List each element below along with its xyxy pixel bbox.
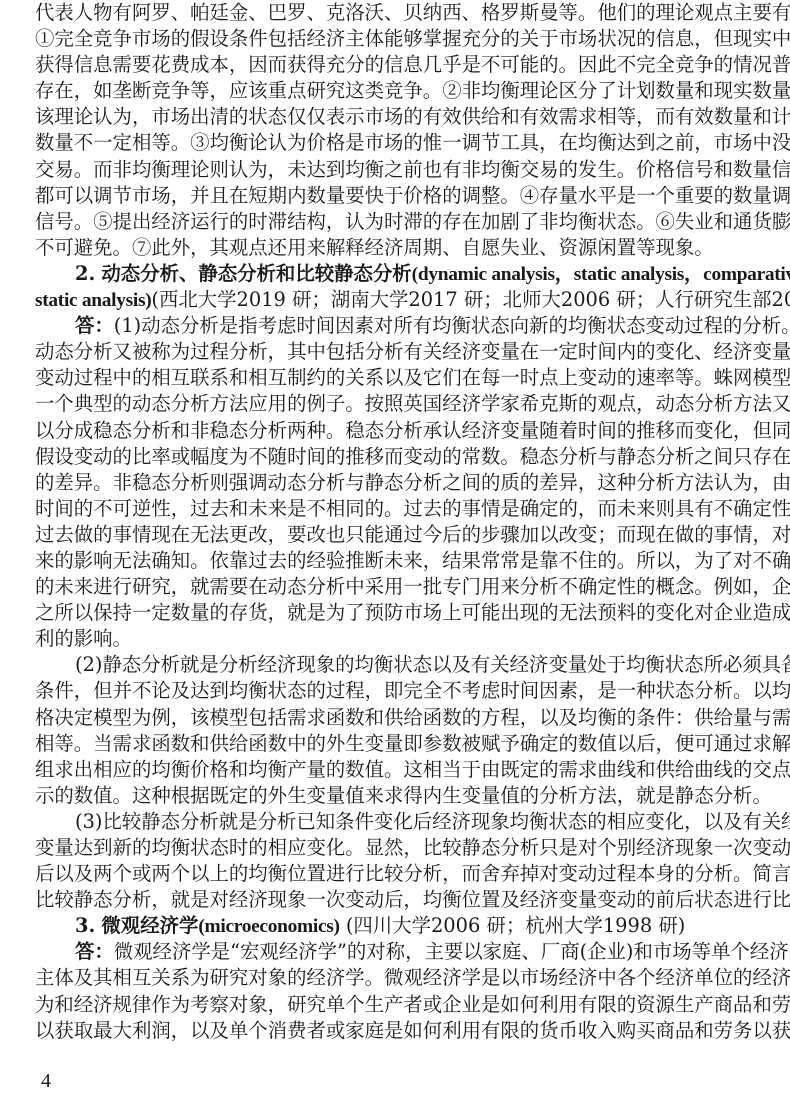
text-line: 组求出相应的均衡价格和均衡产量的数值。这相当于由既定的需求曲线和供给曲线的交点所… bbox=[35, 757, 753, 783]
answer-part-1-first: 答：(1)动态分析是指考虑时间因素对所有均衡状态向新的均衡状态变动过程的分析。 bbox=[35, 313, 753, 339]
text-line: 都可以调节市场，并且在短期内数量要快于价格的调整。④存量水平是一个重要的数量调整 bbox=[35, 183, 753, 209]
text-line: 来的影响无法确知。依靠过去的经验推断未来，结果常常是靠不住的。所以，为了对不确定 bbox=[35, 548, 753, 574]
page-number: 4 bbox=[41, 1070, 51, 1093]
question-2-heading: 2. 动态分析、静态分析和比较静态分析(dynamic analysis，sta… bbox=[35, 261, 753, 287]
text-line: 代表人物有阿罗、帕廷金、巴罗、克洛沃、贝纳西、格罗斯曼等。他们的理论观点主要有： bbox=[35, 0, 753, 26]
text-line: 以分成稳态分析和非稳态分析两种。稳态分析承认经济变量随着时间的推移而变化，但同时 bbox=[35, 418, 753, 444]
text-line: 一个典型的动态分析方法应用的例子。按照英国经济学家希克斯的观点，动态分析方法又可 bbox=[35, 391, 753, 417]
question-title-en-cont: static analysis) bbox=[35, 290, 151, 311]
text-line: 主体及其相互关系为研究对象的经济学。微观经济学是以市场经济中各个经济单位的经济行 bbox=[35, 965, 753, 991]
text-line: 示的数值。这种根据既定的外生变量值来求得内生变量值的分析方法，就是静态分析。 bbox=[35, 783, 753, 809]
text-line: ①完全竞争市场的假设条件包括经济主体能够掌握充分的关于市场状况的信息，但现实中， bbox=[35, 26, 753, 52]
text-line: 存在，如垄断竞争等，应该重点研究这类竞争。②非均衡理论区分了计划数量和现实数量， bbox=[35, 78, 753, 104]
question-title-en: (dynamic analysis，static analysis，compar… bbox=[412, 264, 790, 285]
text-line: 微观经济学是“宏观经济学”的对称，主要以家庭、厂商(企业)和市场等单个经济 bbox=[114, 940, 789, 963]
answer-label: 答： bbox=[75, 940, 114, 963]
text-line: 之所以保持一定数量的存货，就是为了预防市场上可能出现的无法预料的变化对企业造成不 bbox=[35, 600, 753, 626]
question-number: 2. bbox=[75, 262, 95, 285]
answer-first: 答：微观经济学是“宏观经济学”的对称，主要以家庭、厂商(企业)和市场等单个经济 bbox=[35, 939, 753, 965]
question-title-cn: 微观经济学 bbox=[101, 914, 198, 937]
question-sources: (四川大学2006 研；杭州大学1998 研) bbox=[346, 914, 685, 937]
document-page: 代表人物有阿罗、帕廷金、巴罗、克洛沃、贝纳西、格罗斯曼等。他们的理论观点主要有：… bbox=[35, 0, 753, 1044]
text-line: 后以及两个或两个以上的均衡位置进行比较分析，而舍弃掉对变动过程本身的分析。简言之… bbox=[35, 861, 753, 887]
text-line: 获得信息需要花费成本，因而获得充分的信息几乎是不可能的。因此不完全竞争的情况普遍 bbox=[35, 52, 753, 78]
question-sources: (西北大学2019 研；湖南大学2017 研；北师大2006 研；人行研究生部2… bbox=[151, 288, 790, 311]
text-line: 假设变动的比率或幅度为不随时间的推移而变动的常数。稳态分析与静态分析之间只存在量 bbox=[35, 444, 753, 470]
text-line: (2)静态分析就是分析经济现象的均衡状态以及有关经济变量处于均衡状态所必须具备的 bbox=[35, 652, 753, 678]
text-line: 相等。当需求函数和供给函数中的外生变量即参数被赋予确定的数值以后，便可通过求解方… bbox=[35, 731, 753, 757]
text-line: 为和经济规律作为考察对象，研究单个生产者或企业是如何利用有限的资源生产商品和劳务 bbox=[35, 992, 753, 1018]
text-line: 不可避免。⑦此外，其观点还用来解释经济周期、自愿失业、资源闲置等现象。 bbox=[35, 235, 753, 261]
question-number: 3. bbox=[75, 914, 95, 937]
text-line: (3)比较静态分析就是分析已知条件变化后经济现象均衡状态的相应变化，以及有关经济 bbox=[35, 809, 753, 835]
text-line: 交易。而非均衡理论则认为，未达到均衡之前也有非均衡交易的发生。价格信号和数量信号 bbox=[35, 157, 753, 183]
text-line: 过去做的事情现在无法更改，要改也只能通过今后的步骤加以改变；而现在做的事情，对将 bbox=[35, 522, 753, 548]
text-line: (1)动态分析是指考虑时间因素对所有均衡状态向新的均衡状态变动过程的分析。 bbox=[114, 314, 790, 337]
question-title-en: (microeconomics) bbox=[198, 916, 339, 937]
text-line: 变量达到新的均衡状态时的相应变化。显然，比较静态分析只是对个别经济现象一次变动的… bbox=[35, 835, 753, 861]
text-line: 利的影响。 bbox=[35, 626, 753, 652]
text-line: 的未来进行研究，就需要在动态分析中采用一批专门用来分析不确定性的概念。例如，企业 bbox=[35, 574, 753, 600]
text-line: 时间的不可逆性，过去和未来是不相同的。过去的事情是确定的，而未来则具有不确定性。 bbox=[35, 496, 753, 522]
question-3-heading: 3. 微观经济学(microeconomics) (四川大学2006 研；杭州大… bbox=[35, 913, 753, 939]
answer-label: 答： bbox=[75, 314, 114, 337]
paragraph-intro: 代表人物有阿罗、帕廷金、巴罗、克洛沃、贝纳西、格罗斯曼等。他们的理论观点主要有：… bbox=[35, 0, 753, 261]
text-line: 该理论认为，市场出清的状态仅仅表示市场的有效供给和有效需求相等，而有效数量和计划 bbox=[35, 104, 753, 130]
text-line: 动态分析又被称为过程分析，其中包括分析有关经济变量在一定时间内的变化、经济变量在 bbox=[35, 339, 753, 365]
question-3: 3. 微观经济学(microeconomics) (四川大学2006 研；杭州大… bbox=[35, 913, 753, 1043]
text-line: 数量不一定相等。③均衡论认为价格是市场的惟一调节工具，在均衡达到之前，市场中没有 bbox=[35, 130, 753, 156]
text-line: 比较静态分析，就是对经济现象一次变动后，均衡位置及经济变量变动的前后状态进行比较… bbox=[35, 887, 753, 913]
text-line: 的差异。非稳态分析则强调动态分析与静态分析之间的质的差异，这种分析方法认为，由于 bbox=[35, 470, 753, 496]
question-2: 2. 动态分析、静态分析和比较静态分析(dynamic analysis，sta… bbox=[35, 261, 753, 913]
text-line: 格决定模型为例，该模型包括需求函数和供给函数的方程，以及均衡的条件：供给量与需求… bbox=[35, 705, 753, 731]
question-2-heading-cont: static analysis)(西北大学2019 研；湖南大学2017 研；北… bbox=[35, 287, 753, 313]
text-line: 条件，但并不论及达到均衡状态的过程，即完全不考虑时间因素，是一种状态分析。以均衡… bbox=[35, 678, 753, 704]
text-line: 信号。⑤提出经济运行的时滞结构，认为时滞的存在加剧了非均衡状态。⑥失业和通货膨胀 bbox=[35, 209, 753, 235]
question-title-cn: 动态分析、静态分析和比较静态分析 bbox=[101, 262, 411, 285]
text-line: 以获取最大利润，以及单个消费者或家庭是如何利用有限的货币收入购买商品和劳务以获取 bbox=[35, 1018, 753, 1044]
text-line: 变动过程中的相互联系和相互制约的关系以及它们在每一时点上变动的速率等。蛛网模型是 bbox=[35, 365, 753, 391]
